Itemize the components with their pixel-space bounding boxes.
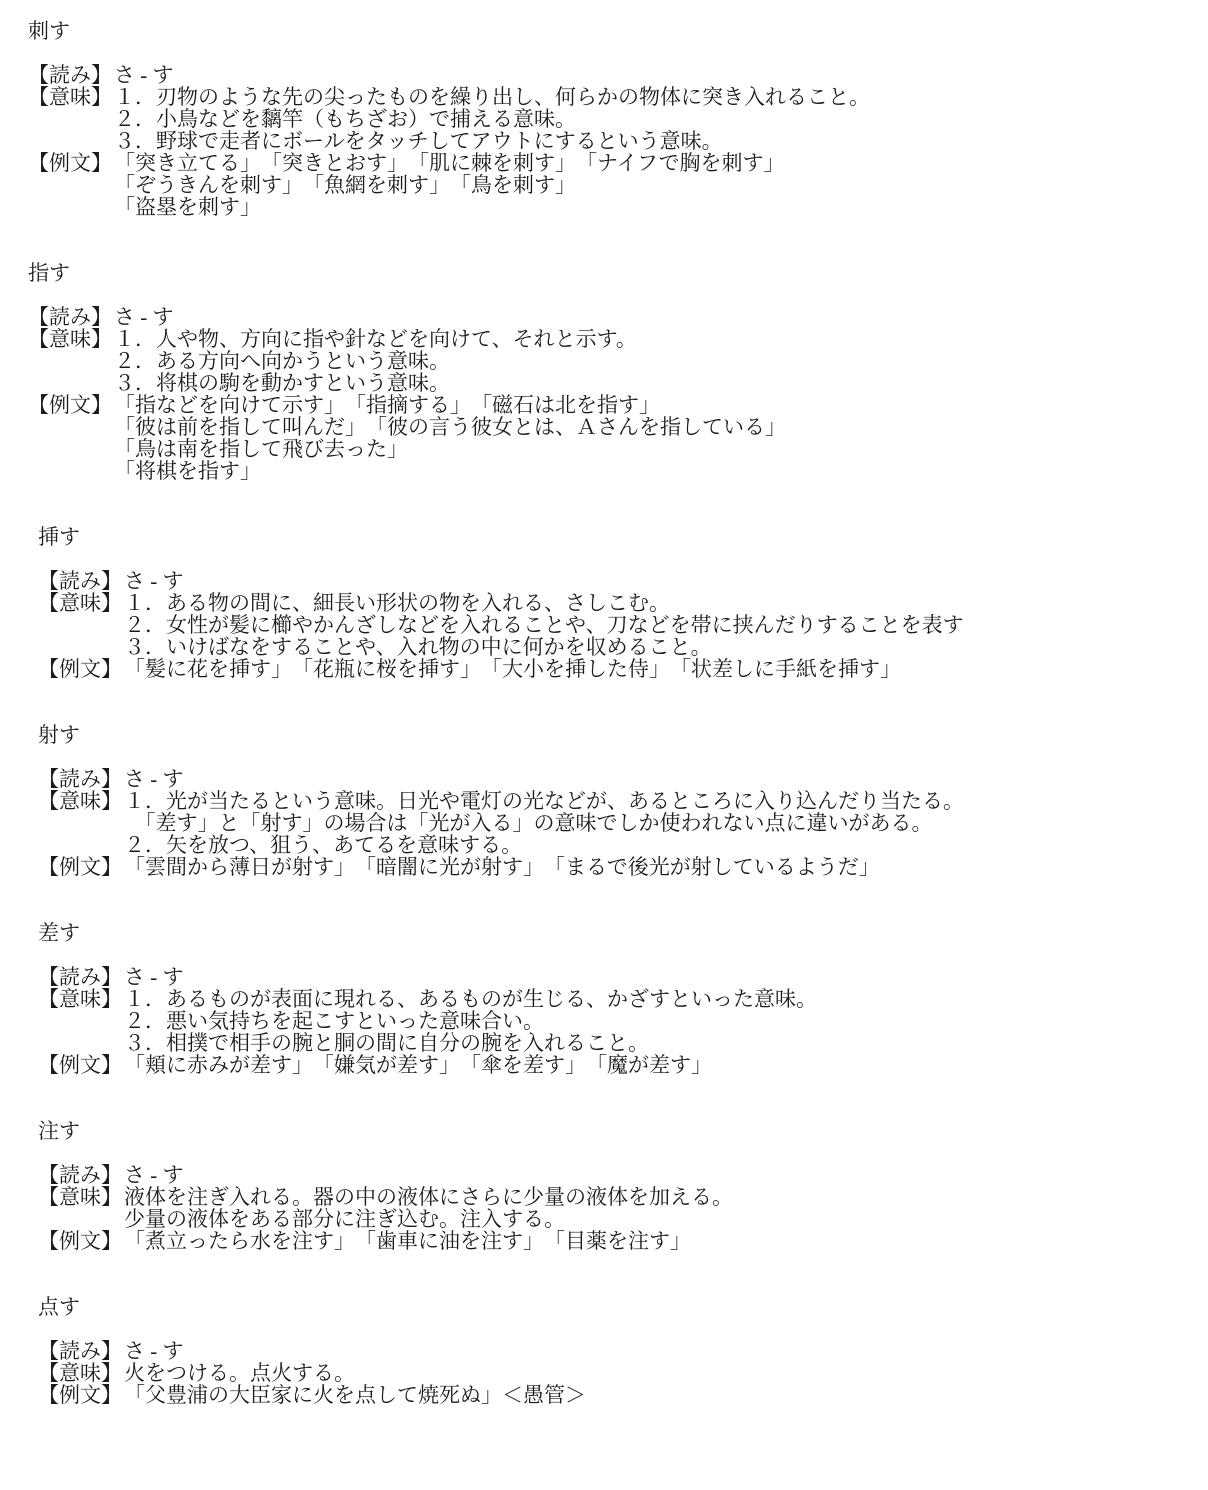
entry-row: ２．悪い気持ちを起こすといった意味合い。	[38, 1010, 1192, 1032]
field-text: さ - す	[124, 1164, 1192, 1186]
entry-title: 点す	[38, 1296, 1192, 1318]
field-label-meaning: 【意味】	[28, 86, 114, 108]
entry-row: 【読み】 さ - す	[38, 1164, 1192, 1186]
field-label-meaning: 【意味】	[38, 1186, 124, 1208]
entry-title: 注す	[38, 1120, 1192, 1142]
entry-row: 【読み】 さ - す	[38, 1340, 1192, 1362]
field-text: 「鳥は南を指して飛び去った」	[114, 438, 1192, 460]
entry-row: 【意味】 １．光が当たるという意味。日光や電灯の光などが、あるところに入り込んだ…	[38, 790, 1192, 812]
entry-sasu-pour: 注す 【読み】 さ - す 【意味】 液体を注ぎ入れる。器の中の液体にさらに少量…	[38, 1120, 1192, 1252]
entry-row: 「将棋を指す」	[28, 460, 1192, 482]
entry-row: 「ぞうきんを刺す」 「魚網を刺す」 「鳥を刺す」	[28, 174, 1192, 196]
field-label-meaning: 【意味】	[38, 592, 124, 614]
field-text: さ - す	[124, 966, 1192, 988]
entry-row: 【例文】 「指などを向けて示す」 「指摘する」 「磁石は北を指す」	[28, 394, 1192, 416]
entry-row: 【意味】 １．あるものが表面に現れる、あるものが生じる、かざすといった意味。	[38, 988, 1192, 1010]
field-label-reading: 【読み】	[28, 306, 114, 328]
entry-row: 【意味】 液体を注ぎ入れる。器の中の液体にさらに少量の液体を加える。	[38, 1186, 1192, 1208]
entry-row: 少量の液体をある部分に注ぎ込む。注入する。	[38, 1208, 1192, 1230]
field-text: 少量の液体をある部分に注ぎ込む。注入する。	[124, 1208, 1192, 1230]
field-text: ３．相撲で相手の腕と胴の間に自分の腕を入れること。	[124, 1032, 1192, 1054]
field-text: ３．野球で走者にボールをタッチしてアウトにするという意味。	[114, 130, 1192, 152]
entry-sasu-shine: 射す 【読み】 さ - す 【意味】 １．光が当たるという意味。日光や電灯の光な…	[38, 724, 1192, 878]
entry-row: ３．相撲で相手の腕と胴の間に自分の腕を入れること。	[38, 1032, 1192, 1054]
entry-row: ２．矢を放つ、狙う、あてるを意味する。	[38, 834, 1192, 856]
field-text: さ - す	[124, 768, 1192, 790]
field-text: 「髪に花を挿す」 「花瓶に桜を挿す」 「大小を挿した侍」 「状差しに手紙を挿す」	[124, 658, 1192, 680]
field-text: ２．悪い気持ちを起こすといった意味合い。	[124, 1010, 1192, 1032]
field-text: １．光が当たるという意味。日光や電灯の光などが、あるところに入り込んだり当たる。	[124, 790, 1192, 812]
entry-row: 【例文】 「突き立てる」 「突きとおす」 「肌に棘を刺す」 「ナイフで胸を刺す」	[28, 152, 1192, 174]
field-label-meaning: 【意味】	[38, 1362, 124, 1384]
field-text: 「煮立ったら水を注す」 「歯車に油を注す」 「目薬を注す」	[124, 1230, 1192, 1252]
field-label-reading: 【読み】	[38, 768, 124, 790]
field-text: ２．小鳥などを黐竿（もちざお）で捕える意味。	[114, 108, 1192, 130]
field-text: さ - す	[124, 570, 1192, 592]
field-text: １．人や物、方向に指や針などを向けて、それと示す。	[114, 328, 1192, 350]
field-label-meaning: 【意味】	[38, 988, 124, 1010]
document-page: 刺す 【読み】 さ - す 【意味】 １．刃物のような先の尖ったものを繰り出し、…	[0, 0, 1208, 1490]
entry-title: 指す	[28, 262, 1192, 284]
entry-row: 【意味】 １．人や物、方向に指や針などを向けて、それと示す。	[28, 328, 1192, 350]
entry-row: 【例文】 「雲間から薄日が射す」 「暗闇に光が射す」 「まるで後光が射しているよ…	[38, 856, 1192, 878]
field-text: さ - す	[114, 64, 1192, 86]
entry-row: 【意味】 １．刃物のような先の尖ったものを繰り出し、何らかの物体に突き入れること…	[28, 86, 1192, 108]
field-label-reading: 【読み】	[28, 64, 114, 86]
entry-row: 【読み】 さ - す	[38, 570, 1192, 592]
entry-sasu-light: 点す 【読み】 さ - す 【意味】 火をつける。点火する。 【例文】 「父豊浦…	[38, 1296, 1192, 1406]
field-text: １．ある物の間に、細長い形状の物を入れる、さしこむ。	[124, 592, 1192, 614]
field-text: １．あるものが表面に現れる、あるものが生じる、かざすといった意味。	[124, 988, 1192, 1010]
entry-sasu-stab: 刺す 【読み】 さ - す 【意味】 １．刃物のような先の尖ったものを繰り出し、…	[28, 20, 1192, 218]
field-text: ３．将棋の駒を動かすという意味。	[114, 372, 1192, 394]
entry-row: 【読み】 さ - す	[28, 306, 1192, 328]
field-text: 「指などを向けて示す」 「指摘する」 「磁石は北を指す」	[114, 394, 1192, 416]
field-label-reading: 【読み】	[38, 1340, 124, 1362]
entry-row: ２．女性が髪に櫛やかんざしなどを入れることや、刀などを帯に挟んだりすることを表す	[38, 614, 1192, 636]
field-text: 「将棋を指す」	[114, 460, 1192, 482]
entry-sasu-insert: 挿す 【読み】 さ - す 【意味】 １．ある物の間に、細長い形状の物を入れる、…	[38, 526, 1192, 680]
entry-title: 差す	[38, 922, 1192, 944]
entry-row: 【読み】 さ - す	[38, 966, 1192, 988]
field-label-meaning: 【意味】	[38, 790, 124, 812]
field-label-example: 【例文】	[38, 1054, 124, 1076]
field-label-example: 【例文】	[38, 856, 124, 878]
field-text: さ - す	[124, 1340, 1192, 1362]
field-text: 「ぞうきんを刺す」 「魚網を刺す」 「鳥を刺す」	[114, 174, 1192, 196]
field-label-example: 【例文】	[28, 394, 114, 416]
field-text: ３．いけばなをすることや、入れ物の中に何かを収めること。	[124, 636, 1192, 658]
field-label-reading: 【読み】	[38, 1164, 124, 1186]
entry-row: 【例文】 「髪に花を挿す」 「花瓶に桜を挿す」 「大小を挿した侍」 「状差しに手…	[38, 658, 1192, 680]
field-label-meaning: 【意味】	[28, 328, 114, 350]
entry-row: 「盗塁を刺す」	[28, 196, 1192, 218]
field-label-reading: 【読み】	[38, 570, 124, 592]
field-text: 「父豊浦の大臣家に火を点して焼死ぬ」＜愚管＞	[124, 1384, 1192, 1406]
field-label-example: 【例文】	[38, 1384, 124, 1406]
field-text: 「彼は前を指して叫んだ」 「彼の言う彼女とは、Ａさんを指している」	[114, 416, 1192, 438]
entry-row: ２．ある方向へ向かうという意味。	[28, 350, 1192, 372]
field-label-reading: 【読み】	[38, 966, 124, 988]
field-text: 液体を注ぎ入れる。器の中の液体にさらに少量の液体を加える。	[124, 1186, 1192, 1208]
entry-row: 【意味】 火をつける。点火する。	[38, 1362, 1192, 1384]
field-label-example: 【例文】	[38, 1230, 124, 1252]
field-text: さ - す	[114, 306, 1192, 328]
field-text: 「差す」と「射す」の場合は「光が入る」の意味でしか使われない点に違いがある。	[124, 812, 1192, 834]
entry-row: ２．小鳥などを黐竿（もちざお）で捕える意味。	[28, 108, 1192, 130]
entry-row: 「彼は前を指して叫んだ」 「彼の言う彼女とは、Ａさんを指している」	[28, 416, 1192, 438]
entry-row: 「鳥は南を指して飛び去った」	[28, 438, 1192, 460]
entry-row: 【意味】 １．ある物の間に、細長い形状の物を入れる、さしこむ。	[38, 592, 1192, 614]
entry-row: ３．いけばなをすることや、入れ物の中に何かを収めること。	[38, 636, 1192, 658]
field-text: 「盗塁を刺す」	[114, 196, 1192, 218]
field-text: ２．女性が髪に櫛やかんざしなどを入れることや、刀などを帯に挟んだりすることを表す	[124, 614, 1192, 636]
field-text: 火をつける。点火する。	[124, 1362, 1192, 1384]
entry-row: 【例文】 「頬に赤みが差す」 「嫌気が差す」 「傘を差す」 「魔が差す」	[38, 1054, 1192, 1076]
entry-row: 【例文】 「父豊浦の大臣家に火を点して焼死ぬ」＜愚管＞	[38, 1384, 1192, 1406]
field-text: ２．ある方向へ向かうという意味。	[114, 350, 1192, 372]
field-text: １．刃物のような先の尖ったものを繰り出し、何らかの物体に突き入れること。	[114, 86, 1192, 108]
entry-title: 挿す	[38, 526, 1192, 548]
entry-title: 刺す	[28, 20, 1192, 42]
field-text: 「突き立てる」 「突きとおす」 「肌に棘を刺す」 「ナイフで胸を刺す」	[114, 152, 1192, 174]
entry-row: 【読み】 さ - す	[28, 64, 1192, 86]
entry-row: ３．野球で走者にボールをタッチしてアウトにするという意味。	[28, 130, 1192, 152]
field-text: ２．矢を放つ、狙う、あてるを意味する。	[124, 834, 1192, 856]
entry-title: 射す	[38, 724, 1192, 746]
entry-row: ３．将棋の駒を動かすという意味。	[28, 372, 1192, 394]
entry-row: 【例文】 「煮立ったら水を注す」 「歯車に油を注す」 「目薬を注す」	[38, 1230, 1192, 1252]
field-text: 「頬に赤みが差す」 「嫌気が差す」 「傘を差す」 「魔が差す」	[124, 1054, 1192, 1076]
entry-row: 「差す」と「射す」の場合は「光が入る」の意味でしか使われない点に違いがある。	[38, 812, 1192, 834]
field-label-example: 【例文】	[28, 152, 114, 174]
field-text: 「雲間から薄日が射す」 「暗闇に光が射す」 「まるで後光が射しているようだ」	[124, 856, 1192, 878]
entry-sasu-appear: 差す 【読み】 さ - す 【意味】 １．あるものが表面に現れる、あるものが生じ…	[38, 922, 1192, 1076]
entry-row: 【読み】 さ - す	[38, 768, 1192, 790]
entry-sasu-point: 指す 【読み】 さ - す 【意味】 １．人や物、方向に指や針などを向けて、それ…	[28, 262, 1192, 482]
field-label-example: 【例文】	[38, 658, 124, 680]
